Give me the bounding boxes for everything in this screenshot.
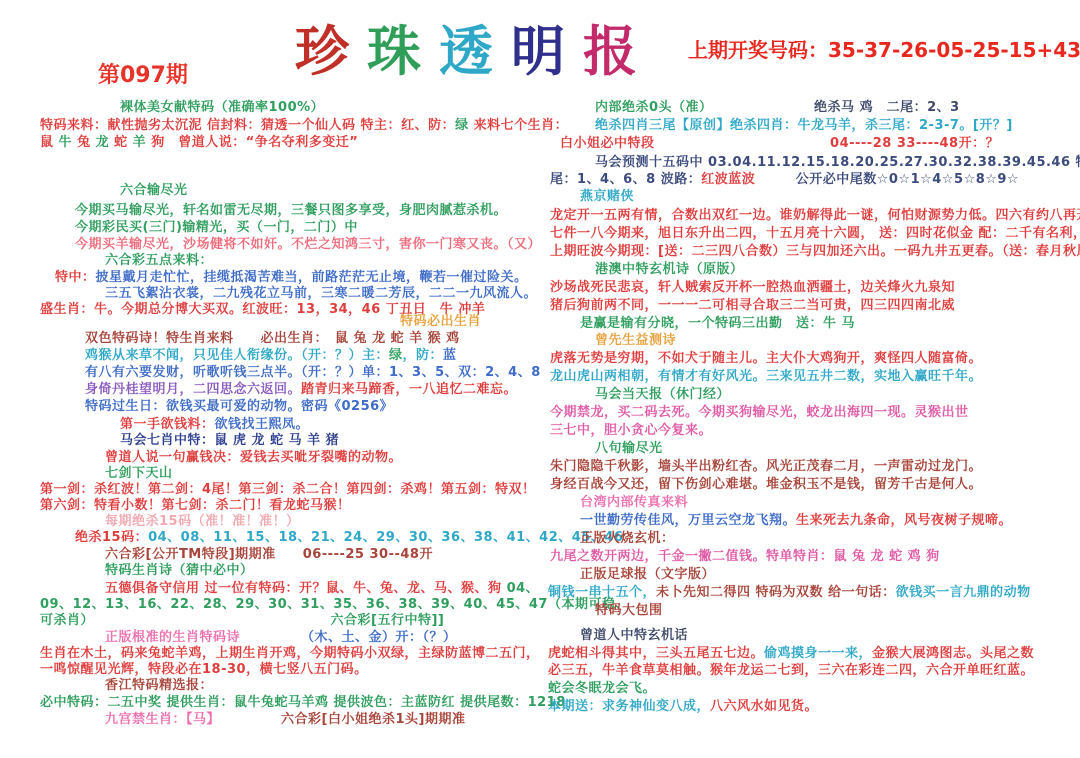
- text-segment: 未卜先知二得四 特码为双数 给一句话：: [656, 585, 896, 600]
- text-segment: 金猴大展鸿图志。头尾之数: [872, 646, 1034, 661]
- text-segment: 鼠 兔 龙 蛇 鸡 狗: [834, 549, 940, 564]
- text-line: 龙山虎山两相朝，有情才有好风光。三来见五井二数，实地入赢旺千年。: [550, 369, 982, 384]
- text-line: 正版火烧玄机：: [580, 531, 675, 546]
- text-line: 虎蛇相斗得其中，三头五尾五七边。偷鸡摸身一一来，金猴大展鸿图志。头尾之数: [548, 646, 1034, 661]
- text-line: 猪后狗前两不同，一一一二可相寻合取三二当可贵，四三四四南北威: [550, 298, 955, 313]
- text-line: 朱门隐隐千秋影，墙头半出粉红杏。风光正茂春二月，一声雷动过龙门。: [550, 459, 982, 474]
- newspaper-page: 第097期 珍珠透明报 上期开奖号码：35-37-26-05-25-15+43 …: [0, 0, 1080, 758]
- text-line: 正版足球报（文字版）: [580, 567, 715, 582]
- text-segment: 曾先生益测诗: [595, 333, 676, 348]
- text-segment: 三七中，胆小贪心今复来。: [550, 423, 712, 438]
- text-segment: 生来死去九条命，风号夜树子规啼。: [796, 513, 1012, 528]
- text-segment: 燕京赌侠: [580, 189, 634, 204]
- text-segment: 虎蛇相斗得其中，三头五尾五七边。: [548, 646, 764, 661]
- text-segment: 龙定开一五两有情，合数出双红一边。谁奶解得此一谜，何怕财源势力低。四六有约八再开…: [550, 208, 1080, 223]
- text-segment: 偷鸡摸身一一来，: [764, 646, 872, 661]
- text-segment: 一世勤劳传佳风，万里云空龙飞翔。: [580, 513, 796, 528]
- text-segment: 铜钱一串十五个，: [548, 585, 656, 600]
- text-line: 蛇会冬眠龙会飞。: [548, 681, 656, 696]
- text-segment: 绝杀马 鸡 二尾：2、3: [706, 100, 960, 115]
- text-segment: 必三五，牛羊食草莫相触。猴年龙运二七到，三六在彩连二四，六合开单旺红蓝。: [548, 663, 1034, 678]
- text-line: 本期送：求务神仙变八成，八六风水如见货。: [548, 699, 818, 714]
- text-line: 龙定开一五两有情，合数出双红一边。谁奶解得此一谜，何怕财源势力低。四六有约八再开…: [550, 208, 1080, 223]
- text-segment: 内部绝杀0头（准）: [595, 100, 706, 115]
- text-line: 九尾之数开两边，千金一撇二值钱。特单特肖：鼠 兔 龙 蛇 鸡 狗: [550, 549, 940, 564]
- text-segment: 马会当天报（休门经）: [595, 387, 730, 402]
- text-segment: 马会预测十五码中 03.04.11.12.15.18.20.25.27.30.3…: [595, 155, 1080, 170]
- text-segment: [655, 136, 831, 151]
- text-segment: 今期禁龙，买二码去死。今期买狗输尽光，蛟龙出海四一现。灵猴出世: [550, 405, 969, 420]
- text-segment: 沙场战死民悲哀，轩人贼索反开杯一腔热血洒疆土，边关烽火九泉知: [550, 280, 955, 295]
- text-segment: 猪后狗前两不同，一一一二可相寻合取三二当可贵，四三四四南北威: [550, 298, 955, 313]
- text-segment: 正版火烧玄机：: [580, 531, 675, 546]
- text-line: 虎落无势是穷期，不如犬于随主儿。主大仆大鸡狗开，爽怪四人随富倚。: [550, 351, 982, 366]
- text-line: 必三五，牛羊食草莫相触。猴年龙运二七到，三六在彩连二四，六合开单旺红蓝。: [548, 663, 1034, 678]
- text-segment: 曾道人中特玄机话: [580, 628, 688, 643]
- text-segment: 九尾之数开两边，千金一撇二值钱。特单特肖：: [550, 549, 834, 564]
- text-segment: 尾：1、4、6、8 波路：: [550, 172, 701, 187]
- text-segment: 朱门隐隐千秋影，墙头半出粉红杏。风光正茂春二月，一声雷动过龙门。: [550, 459, 982, 474]
- text-segment: 蛇会冬眠龙会飞。: [548, 681, 656, 696]
- text-segment: 港澳中特玄机诗（原版）: [595, 262, 744, 277]
- text-segment: 龙山虎山两相朝，有情才有好风光。三来见五井二数，实地入赢旺千年。: [550, 369, 982, 384]
- text-line: 八句输尽光: [595, 441, 663, 456]
- text-segment: 白小姐必中特段: [560, 136, 655, 151]
- text-line: 今期禁龙，买二码去死。今期买狗输尽光，蛟龙出海四一现。灵猴出世: [550, 405, 969, 420]
- text-segment: 七件一八今期来，旭日东升出二四，十五月亮十六圆， 送：四时花似金 配：二千有名利…: [550, 226, 1080, 241]
- text-line: 三七中，胆小贪心今复来。: [550, 423, 712, 438]
- text-segment: 特码大包围: [595, 603, 663, 618]
- text-line: 尾：1、4、6、8 波路：红波蓝波 公开必中尾数☆0☆1☆4☆5☆8☆9☆: [550, 172, 1019, 187]
- text-line: 七件一八今期来，旭日东升出二四，十五月亮十六圆， 送：四时花似金 配：二千有名利…: [550, 226, 1080, 241]
- text-line: 港澳中特玄机诗（原版）: [595, 262, 744, 277]
- text-line: 曾道人中特玄机话: [580, 628, 688, 643]
- text-segment: 是赢是输有分晓，一个特码三出勤 送：牛 马: [580, 316, 855, 331]
- text-line: 身经百战今又还，留下伤剑心难堪。堆金积玉不是钱，留芳千古是何人。: [550, 477, 982, 492]
- text-segment: 欲钱买一言九鼎的动物: [896, 585, 1031, 600]
- text-line: 台湾内部传真来料: [580, 495, 688, 510]
- text-line: 燕京赌侠: [580, 189, 634, 204]
- text-line: 内部绝杀0头（准） 绝杀马 鸡 二尾：2、3: [595, 100, 960, 115]
- text-segment: 虎落无势是穷期，不如犬于随主儿。主大仆大鸡狗开，爽怪四人随富倚。: [550, 351, 982, 366]
- text-line: 马会当天报（休门经）: [595, 387, 730, 402]
- text-line: 白小姐必中特段 04----28 33----48开：？: [560, 136, 999, 151]
- text-segment: 八句输尽光: [595, 441, 663, 456]
- text-line: 是赢是输有分晓，一个特码三出勤 送：牛 马: [580, 316, 855, 331]
- text-segment: 红波蓝波: [701, 172, 755, 187]
- text-segment: 八六风水如见货。: [710, 699, 818, 714]
- text-line: 沙场战死民悲哀，轩人贼索反开杯一腔热血洒疆土，边关烽火九泉知: [550, 280, 955, 295]
- text-line: 铜钱一串十五个，未卜先知二得四 特码为双数 给一句话：欲钱买一言九鼎的动物: [548, 585, 1031, 600]
- text-segment: 04----28 33----48开：？: [830, 136, 999, 151]
- text-segment: 台湾内部传真来料: [580, 495, 688, 510]
- right-column: 内部绝杀0头（准） 绝杀马 鸡 二尾：2、3绝杀四肖三尾【原创】绝杀四肖：牛龙马…: [0, 0, 1080, 758]
- text-segment: 正版足球报（文字版）: [580, 567, 715, 582]
- text-segment: 公开必中尾数☆0☆1☆4☆5☆8☆9☆: [755, 172, 1019, 187]
- text-segment: 绝杀四肖三尾【原创】绝杀四肖：牛龙马羊，杀三尾：2-3-7。[开？]: [595, 118, 1013, 133]
- text-line: 马会预测十五码中 03.04.11.12.15.18.20.25.27.30.3…: [595, 155, 1080, 170]
- text-segment: 上期旺波今期现：[送：二三四八合数）三与四加还六出。一码九井五更春。（送：春月秋…: [550, 244, 1080, 259]
- text-line: 绝杀四肖三尾【原创】绝杀四肖：牛龙马羊，杀三尾：2-3-7。[开？]: [595, 118, 1013, 133]
- text-segment: 身经百战今又还，留下伤剑心难堪。堆金积玉不是钱，留芳千古是何人。: [550, 477, 982, 492]
- text-line: 曾先生益测诗: [595, 333, 676, 348]
- text-line: 特码大包围: [595, 603, 663, 618]
- text-line: 一世勤劳传佳风，万里云空龙飞翔。生来死去九条命，风号夜树子规啼。: [580, 513, 1012, 528]
- text-segment: 本期送：求务神仙变八成，: [548, 699, 710, 714]
- text-line: 上期旺波今期现：[送：二三四八合数）三与四加还六出。一码九井五更春。（送：春月秋…: [550, 244, 1080, 259]
